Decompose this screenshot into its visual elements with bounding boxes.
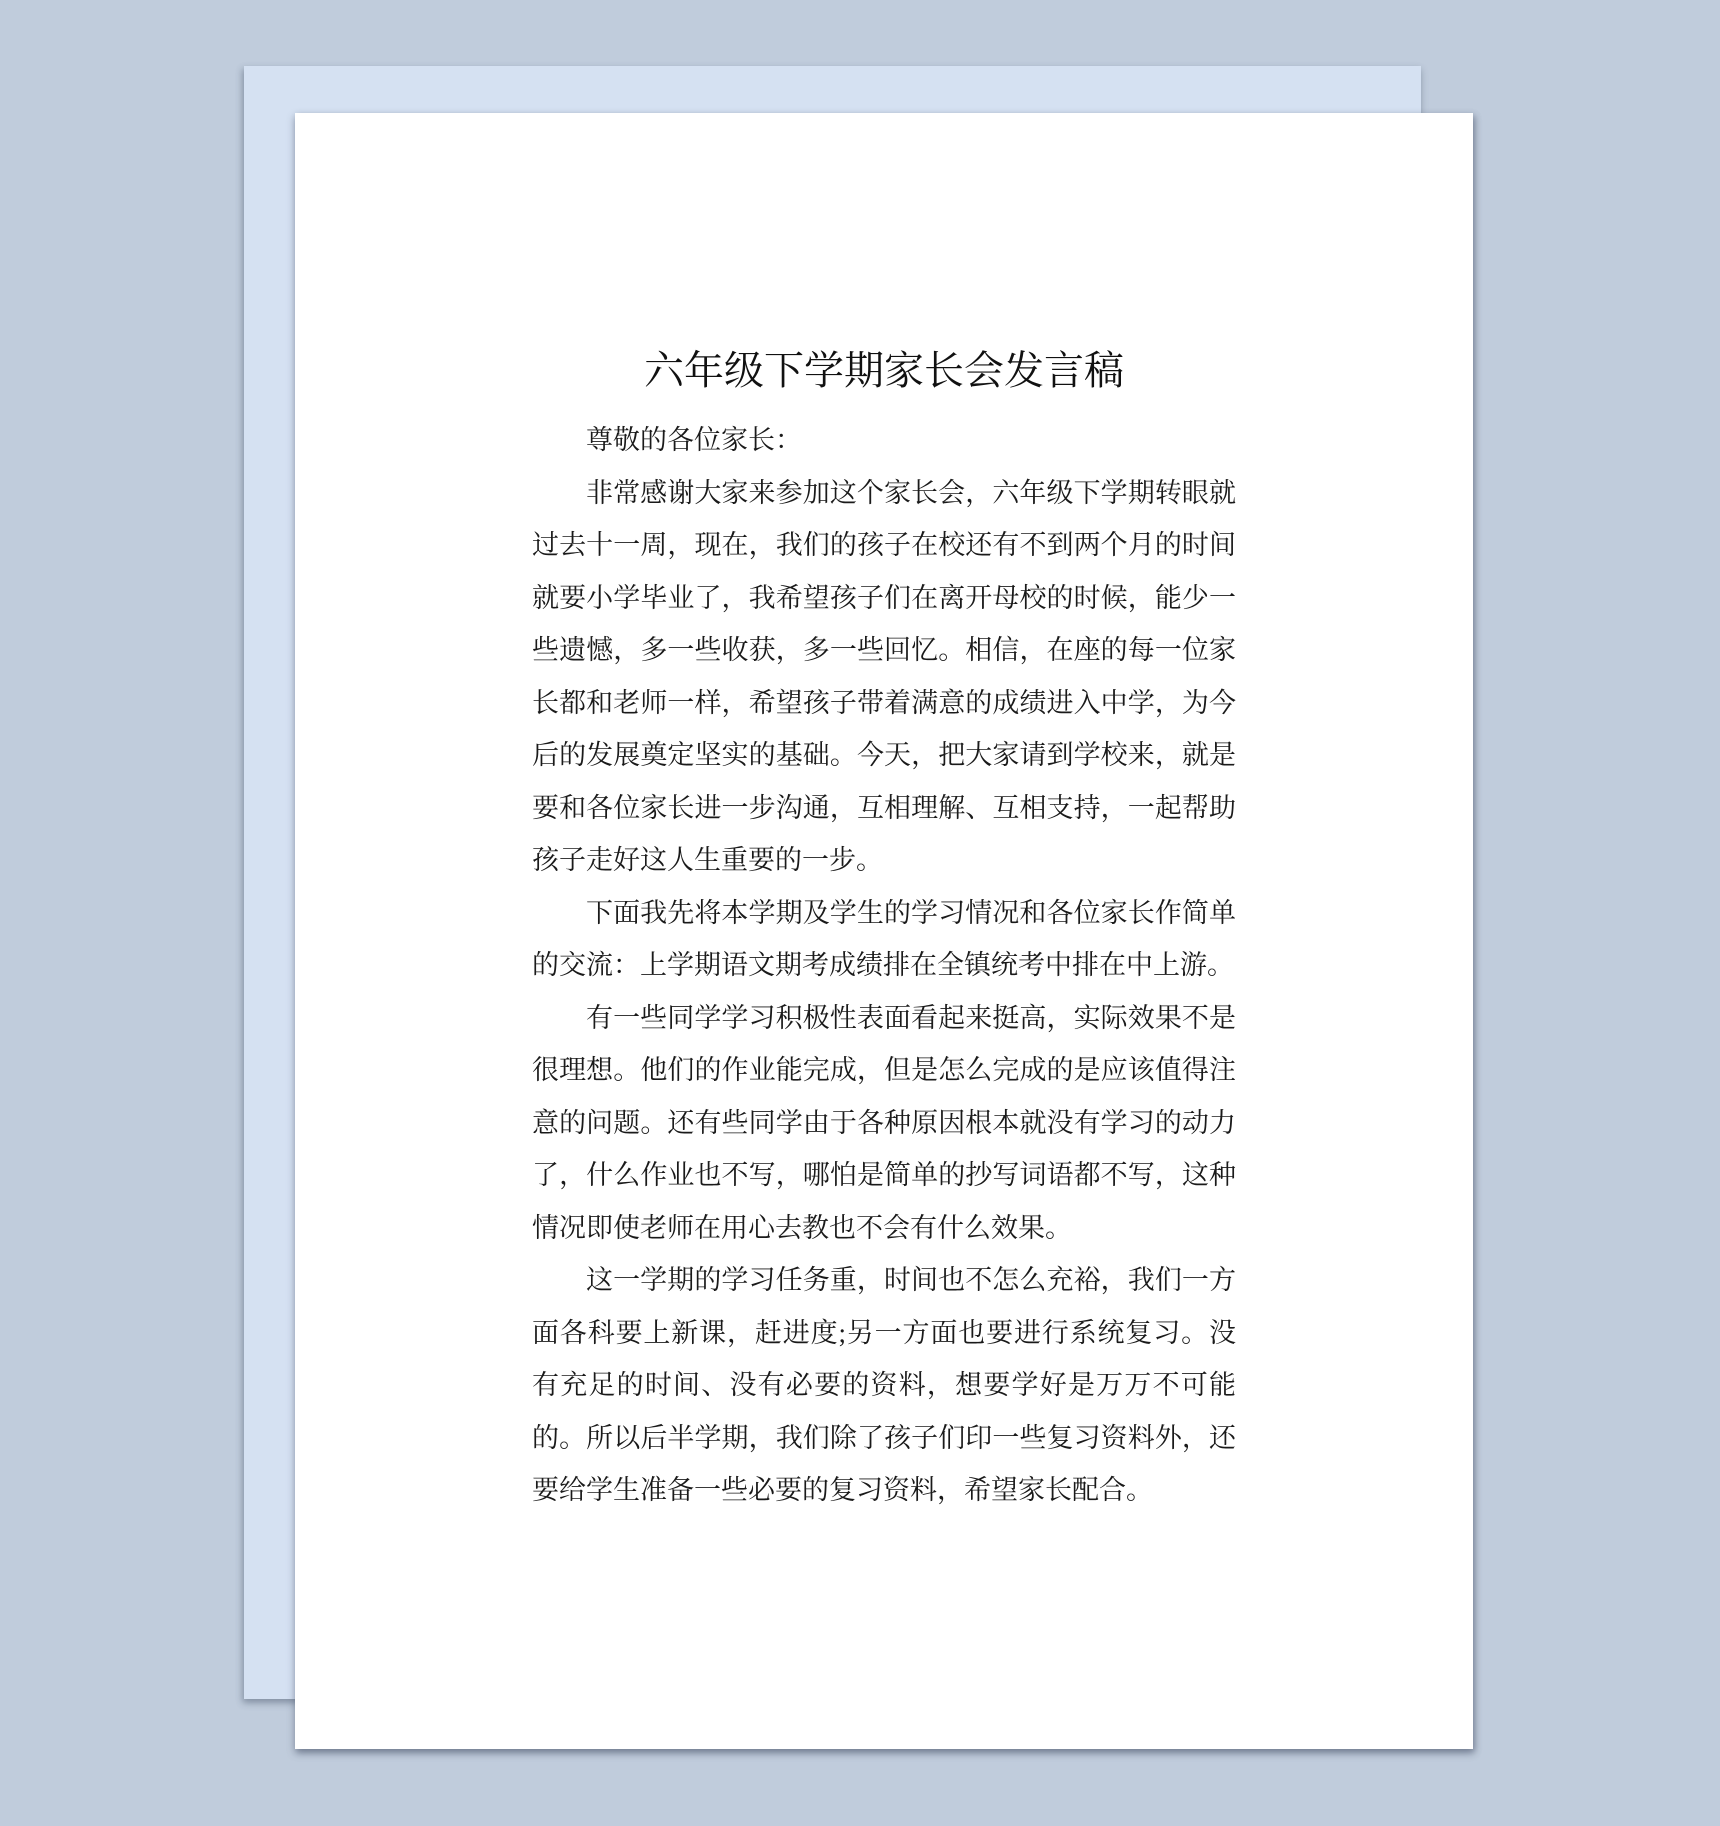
paragraph-exam-results: 下面我先将本学期及学生的学习情况和各位家长作简单的交流：上学期语文期考成绩排在全…	[532, 887, 1236, 992]
document-page: 六年级下学期家长会发言稿 尊敬的各位家长： 非常感谢大家来参加这个家长会，六年级…	[295, 113, 1473, 1749]
paragraph-intro: 非常感谢大家来参加这个家长会，六年级下学期转眼就过去十一周，现在，我们的孩子在校…	[532, 467, 1236, 887]
page-content: 六年级下学期家长会发言稿 尊敬的各位家长： 非常感谢大家来参加这个家长会，六年级…	[295, 113, 1473, 1517]
paragraph-salutation: 尊敬的各位家长：	[532, 414, 1236, 467]
document-body: 尊敬的各位家长： 非常感谢大家来参加这个家长会，六年级下学期转眼就过去十一周，现…	[532, 414, 1236, 1517]
document-title: 六年级下学期家长会发言稿	[532, 347, 1236, 395]
workspace-background: 六年级下学期家长会发言稿 尊敬的各位家长： 非常感谢大家来参加这个家长会，六年级…	[0, 0, 1720, 1826]
paragraph-student-attitude: 有一些同学学习积极性表面看起来挺高，实际效果不是很理想。他们的作业能完成，但是怎…	[532, 992, 1236, 1255]
paragraph-semester-plan: 这一学期的学习任务重，时间也不怎么充裕，我们一方面各科要上新课，赶进度;另一方面…	[532, 1254, 1236, 1517]
